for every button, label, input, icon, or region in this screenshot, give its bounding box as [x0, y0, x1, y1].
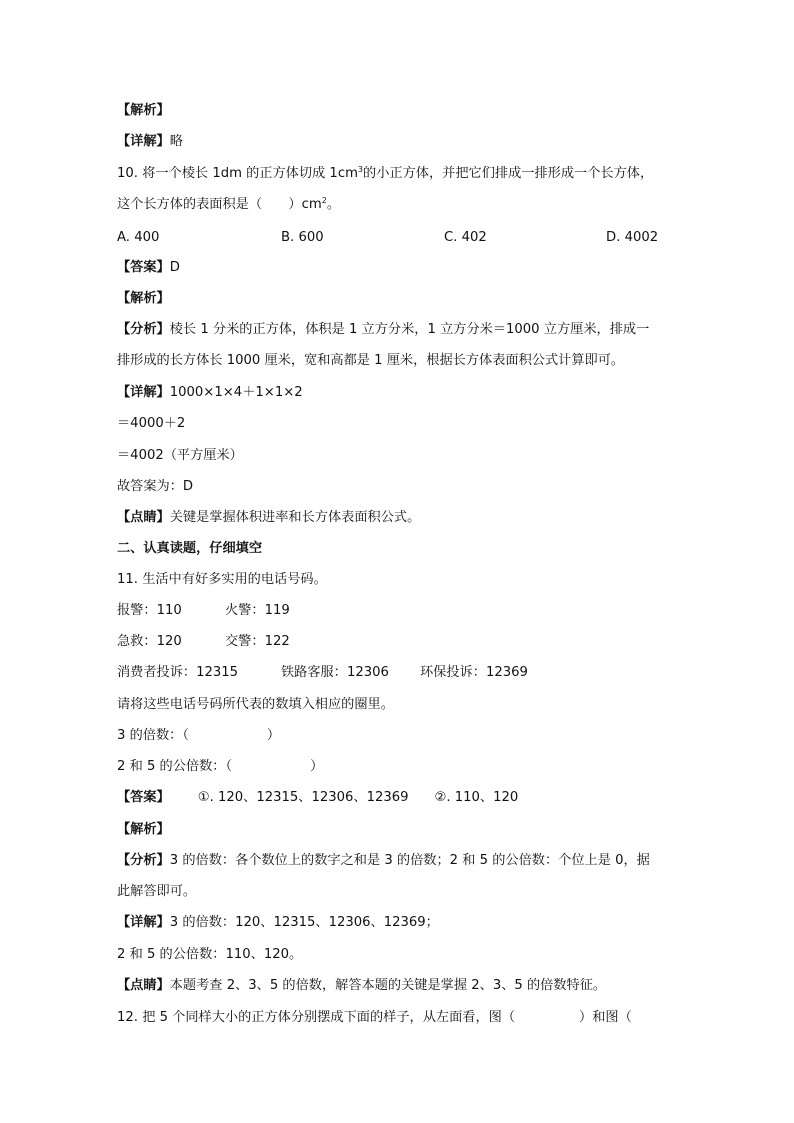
q10-fenxi-line1: 【分析】棱长 1 分米的正方体，体积是 1 立方分米，1 立方分米＝1000 立… [117, 321, 649, 339]
phone-railway: 铁路客服：12306 [281, 664, 389, 682]
q10-detail-line2: ＝4000＋2 [117, 415, 185, 433]
q10-stem-line1: 10. 将一个棱长 1dm 的正方体切成 1cm3的小正方体，并把它们排成一排形… [117, 165, 653, 183]
q9-analysis-heading: 【解析】 [117, 102, 170, 120]
q11-blank2: 2 和 5 的公倍数：（） [117, 758, 323, 776]
q10-option-b: B. 600 [281, 229, 324, 247]
q10-option-c: C. 402 [444, 229, 487, 247]
q11-detail-line1: 【详解】3 的倍数：120、12315、12306、12369； [117, 914, 439, 932]
q10-detail-line1: 【详解】1000×1×4＋1×1×2 [117, 384, 303, 402]
section-title: 二、认真读题，仔细填空 [117, 540, 262, 558]
q11-dianjing: 【点睛】本题考查 2、3、5 的倍数，解答本题的关键是掌握 2、3、5 的倍数特… [117, 977, 606, 995]
q10-option-d: D. 4002 [606, 229, 658, 247]
q10-options: A. 400 B. 600 C. 402 D. 4002 [117, 229, 677, 247]
phone-consumer: 消费者投诉：12315 [117, 664, 238, 682]
q11-phones-row2: 急救：120 交警：122 [117, 633, 677, 651]
phone-police: 报警：110 [117, 602, 182, 620]
q11-fenxi-line1: 【分析】3 的倍数：各个数位上的数字之和是 3 的倍数；2 和 5 的公倍数：个… [117, 852, 650, 870]
phone-ambulance: 急救：120 [117, 633, 182, 651]
q10-conclusion: 故答案为：D [117, 478, 193, 496]
q11-stem: 11. 生活中有好多实用的电话号码。 [117, 571, 327, 589]
q11-phones-row1: 报警：110 火警：119 [117, 602, 677, 620]
q10-option-a: A. 400 [117, 229, 159, 247]
q11-answer: 【答案】①. 120、12315、12306、12369②. 110、120 [117, 789, 518, 807]
q10-answer: 【答案】D [117, 259, 180, 277]
q11-detail-line2: 2 和 5 的公倍数：110、120。 [117, 946, 302, 964]
phone-traffic-police: 交警：122 [225, 633, 290, 651]
q12-stem: 12. 把 5 个同样大小的正方体分别摆成下面的样子，从左面看，图（）和图（ [117, 1009, 632, 1027]
q10-fenxi-line2: 排形成的长方体长 1000 厘米，宽和高都是 1 厘米，根据长方体表面积公式计算… [117, 352, 624, 370]
q9-detail: 【详解】略 [117, 133, 183, 151]
q10-dianjing: 【点睛】关键是掌握体积进率和长方体表面积公式。 [117, 509, 420, 527]
q11-blank1: 3 的倍数：（） [117, 727, 280, 745]
q11-instruction: 请将这些电话号码所代表的数填入相应的圈里。 [117, 696, 394, 714]
q11-analysis-heading: 【解析】 [117, 821, 170, 839]
q10-analysis-heading: 【解析】 [117, 290, 170, 308]
q11-phones-row3: 消费者投诉：12315 铁路客服：12306 环保投诉：12369 [117, 664, 677, 682]
q10-stem-line2: 这个长方体的表面积是（ ）cm2。 [117, 196, 340, 214]
q10-detail-line3: ＝4002（平方厘米） [117, 447, 243, 465]
q11-fenxi-line2: 此解答即可。 [117, 883, 196, 901]
phone-fire: 火警：119 [225, 602, 290, 620]
phone-environment: 环保投诉：12369 [420, 664, 528, 682]
